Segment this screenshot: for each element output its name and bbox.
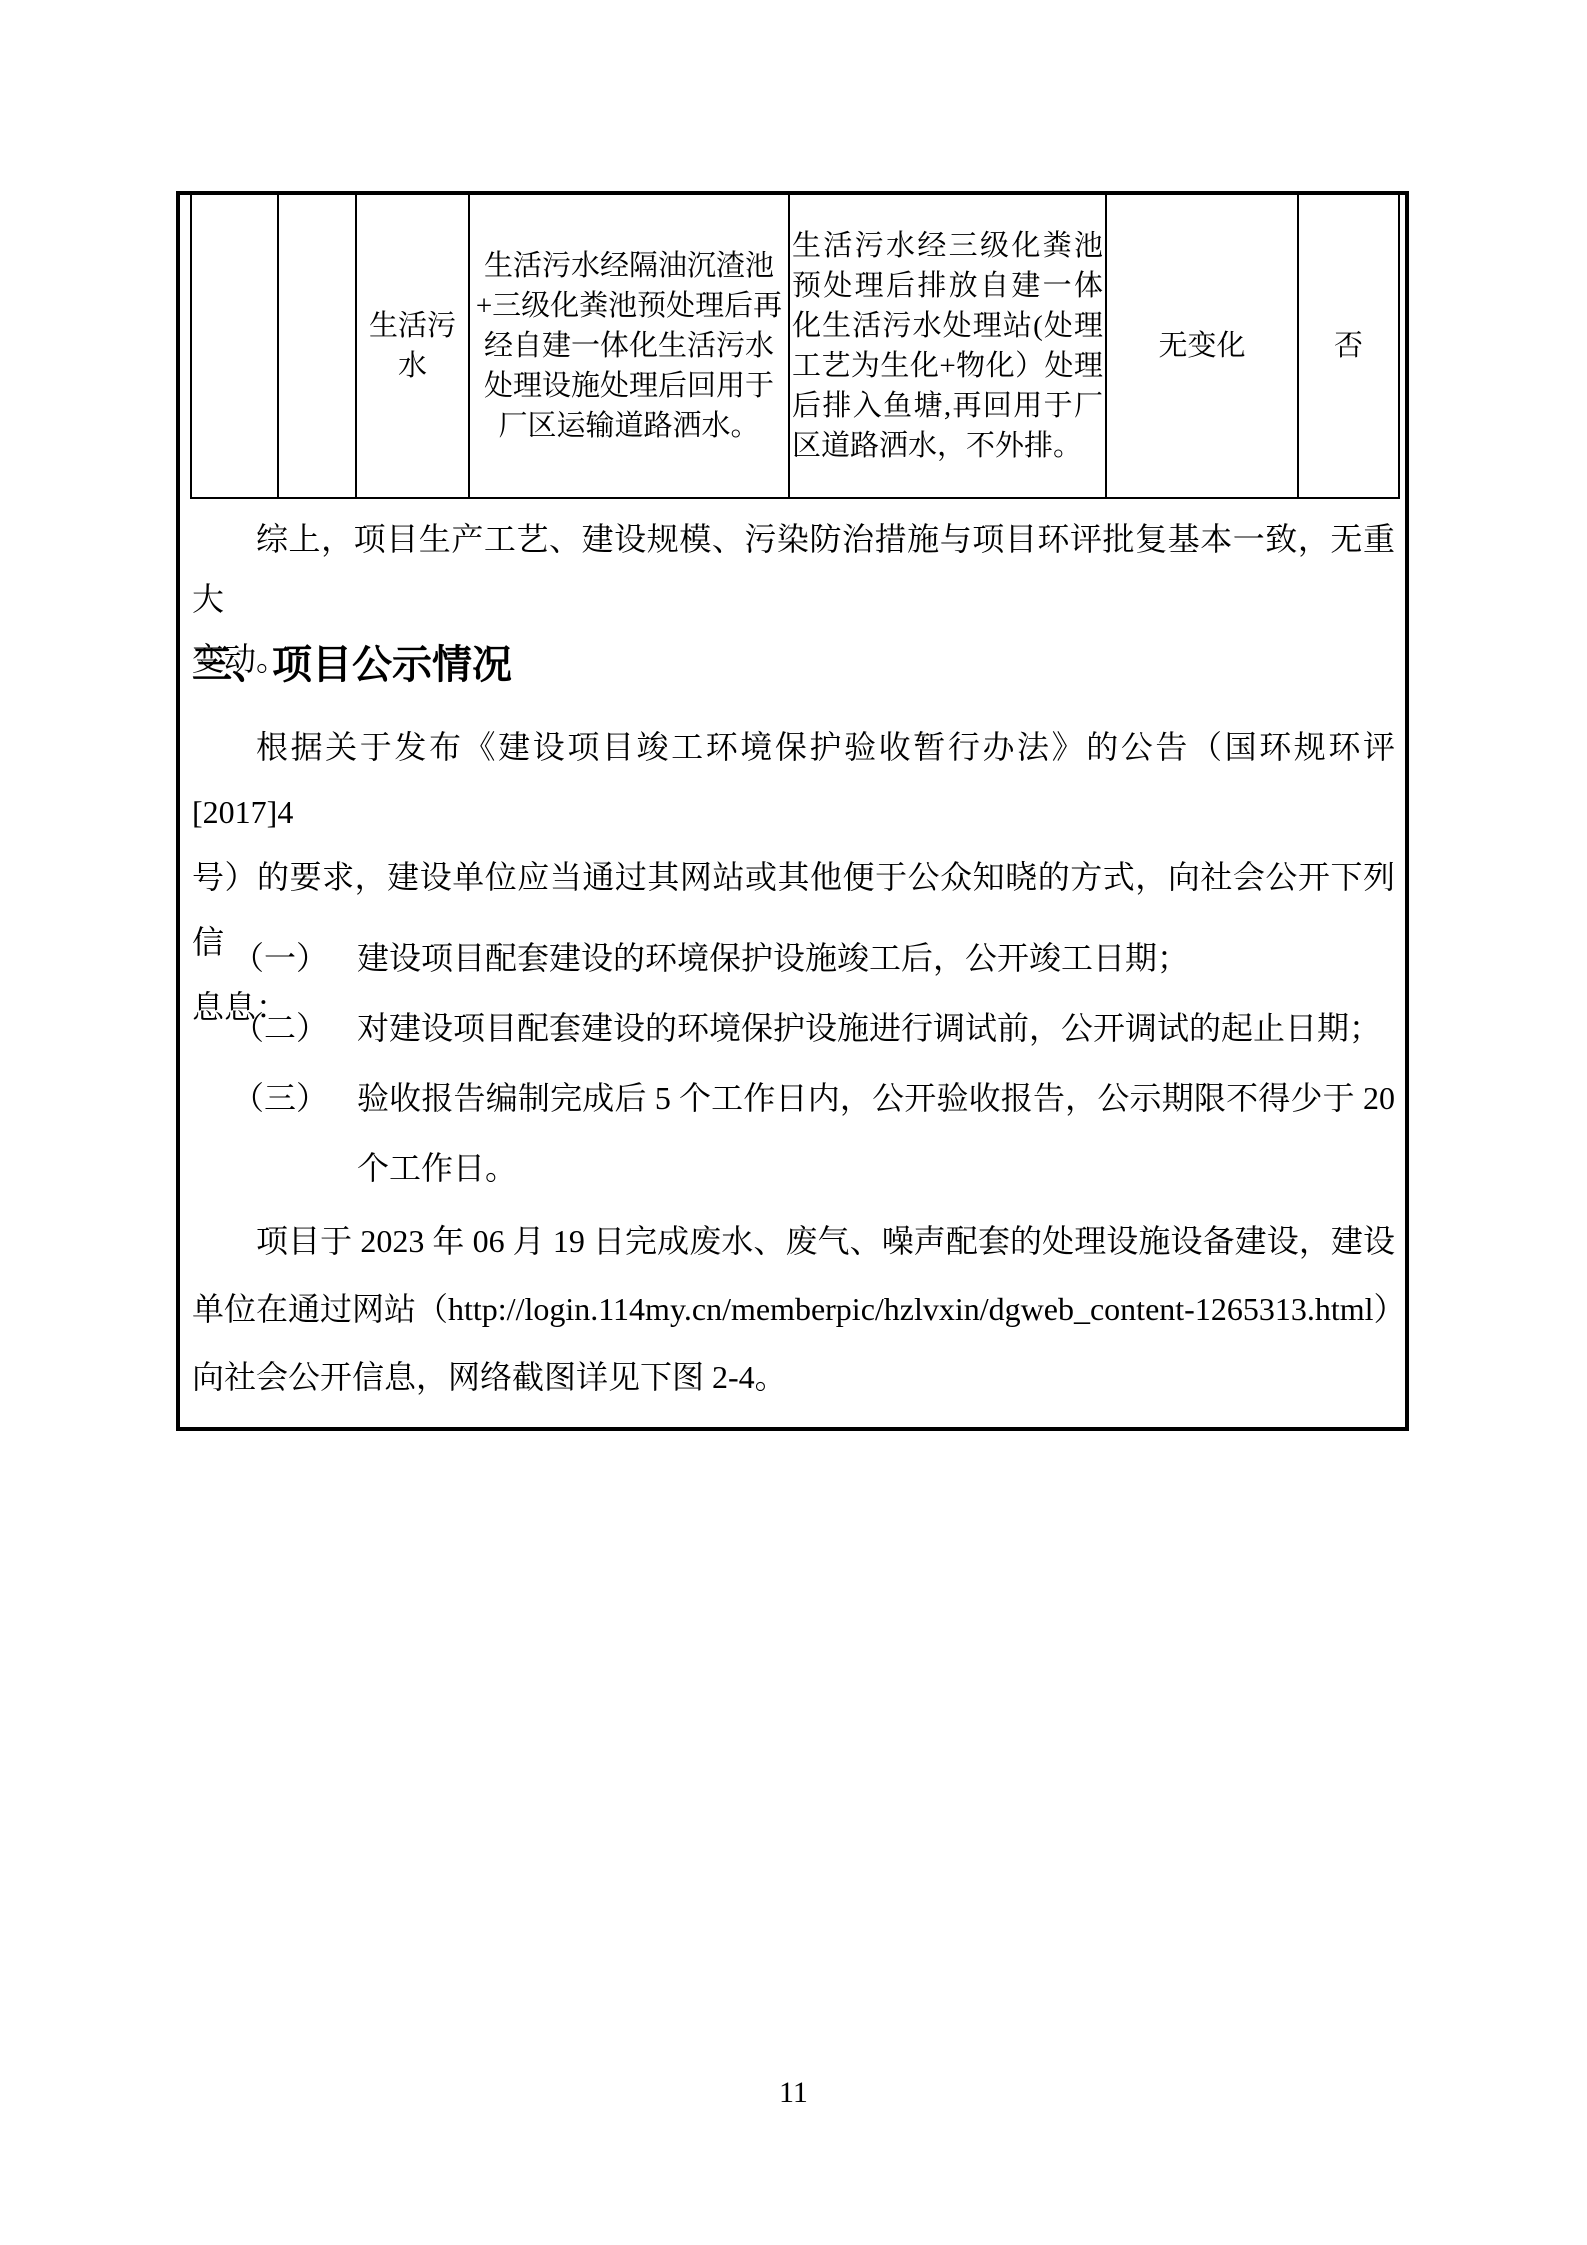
actual-measure-cell: 生活污水经三级化粪池预处理后排放自建一体化生活污水处理站(处理工艺为生化+物化）… (789, 195, 1106, 498)
major-change-cell: 否 (1298, 195, 1399, 498)
list-item-2: （二） 对建设项目配套建设的环境保护设施进行调试前，公开调试的起止日期； (192, 993, 1395, 1063)
paragraph-line: 项目于 2023 年 06 月 19 日完成废水、废气、噪声配套的处理设施设备建… (192, 1207, 1395, 1275)
list-item-1: （一） 建设项目配套建设的环境保护设施竣工后，公开竣工日期； (192, 923, 1395, 993)
list-item-marker: （三） (232, 1063, 357, 1133)
paragraph-line: 向社会公开信息，网络截图详见下图 2-4。 (192, 1343, 1395, 1411)
paragraph-line: 综上，项目生产工艺、建设规模、污染防治措施与项目环评批复基本一致，无重大 (192, 509, 1395, 629)
list-item-text: 验收报告编制完成后 5 个工作日内，公开验收报告，公示期限不得少于 20 个工作… (357, 1063, 1395, 1203)
pollution-measures-table: 生活污水 生活污水经隔油沉渣池+三级化粪池预处理后再经自建一体化生活污水处理设施… (190, 195, 1400, 499)
approved-measure-cell: 生活污水经隔油沉渣池+三级化粪池预处理后再经自建一体化生活污水处理设施处理后回用… (469, 195, 789, 498)
empty-cell-1 (191, 195, 278, 498)
empty-cell-2 (278, 195, 356, 498)
list-item-text: 对建设项目配套建设的环境保护设施进行调试前，公开调试的起止日期； (357, 993, 1395, 1063)
pollutant-type-cell: 生活污水 (356, 195, 469, 498)
paragraph-line: 单位在通过网站（http://login.114my.cn/memberpic/… (192, 1275, 1395, 1343)
change-status-cell: 无变化 (1106, 195, 1298, 498)
closing-paragraph: 项目于 2023 年 06 月 19 日完成废水、废气、噪声配套的处理设施设备建… (192, 1207, 1395, 1411)
list-item-marker: （一） (232, 923, 357, 993)
document-page: 生活污水 生活污水经隔油沉渣池+三级化粪池预处理后再经自建一体化生活污水处理设施… (0, 0, 1587, 2245)
section-heading: 三、项目公示情况 (192, 639, 512, 691)
table-row: 生活污水 生活污水经隔油沉渣池+三级化粪池预处理后再经自建一体化生活污水处理设施… (191, 195, 1399, 498)
list-item-3: （三） 验收报告编制完成后 5 个工作日内，公开验收报告，公示期限不得少于 20… (192, 1063, 1395, 1203)
list-item-text: 建设项目配套建设的环境保护设施竣工后，公开竣工日期； (357, 923, 1395, 993)
list-item-marker: （二） (232, 993, 357, 1063)
paragraph-line: 根据关于发布《建设项目竣工环境保护验收暂行办法》的公告（国环规环评[2017]4 (192, 715, 1395, 845)
page-number: 11 (0, 2076, 1587, 2110)
content-frame: 生活污水 生活污水经隔油沉渣池+三级化粪池预处理后再经自建一体化生活污水处理设施… (176, 191, 1409, 1431)
